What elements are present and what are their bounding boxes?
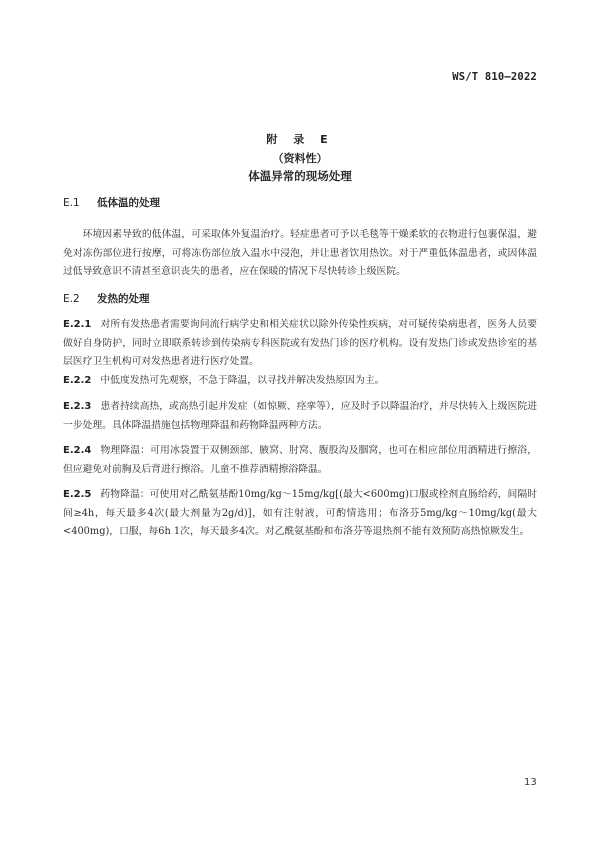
clause-text: 患者持续高热，或高热引起并发症（如惊厥、痉挛等），应及时予以降温治疗，并尽快转入…: [63, 401, 537, 431]
clause-number: E.2.1: [63, 319, 91, 330]
clause-e2-5: E.2.5药物降温：可使用对乙酰氨基酚10mg/kg～15mg/kg[(最大<6…: [63, 486, 537, 542]
annex-title: 附 录 E: [0, 131, 600, 147]
section-number: E.2: [63, 293, 97, 305]
annex-nature: （资料性）: [0, 150, 600, 166]
section-number: E.1: [63, 197, 97, 209]
clause-number: E.2.3: [63, 401, 91, 412]
page-number: 13: [524, 777, 537, 788]
annex-name: 体温异常的现场处理: [0, 168, 600, 184]
section-title: 发热的处理: [97, 293, 150, 305]
clause-e2-2: E.2.2中低度发热可先观察，不急于降温，以寻找并解决发热原因为主。: [63, 372, 537, 391]
clause-text: 中低度发热可先观察，不急于降温，以寻找并解决发热原因为主。: [100, 375, 384, 386]
section-e1-paragraph: 环境因素导致的低体温，可采取体外复温治疗。轻症患者可予以毛毯等干燥柔软的衣物进行…: [63, 226, 537, 282]
clause-text: 对所有发热患者需要询问流行病学史和相关症状以除外传染性疾病，对可疑传染病患者，医…: [63, 319, 537, 367]
standard-code: WS/T 810—2022: [452, 71, 537, 83]
clause-number: E.2.4: [63, 445, 91, 456]
clause-e2-3: E.2.3患者持续高热，或高热引起并发症（如惊厥、痉挛等），应及时予以降温治疗，…: [63, 398, 537, 435]
section-heading-e2: E.2发热的处理: [63, 291, 150, 306]
clause-e2-4: E.2.4物理降温：可用冰袋置于双侧颈部、腋窝、肘窝、腹股沟及腘窝，也可在相应部…: [63, 442, 537, 479]
clause-number: E.2.2: [63, 375, 91, 386]
clause-text: 药物降温：可使用对乙酰氨基酚10mg/kg～15mg/kg[(最大<600mg)…: [63, 489, 537, 537]
clause-number: E.2.5: [63, 489, 91, 500]
clause-text: 物理降温：可用冰袋置于双侧颈部、腋窝、肘窝、腹股沟及腘窝，也可在相应部位用酒精进…: [63, 445, 537, 475]
section-title: 低体温的处理: [97, 197, 160, 209]
clause-e2-1: E.2.1对所有发热患者需要询问流行病学史和相关症状以除外传染性疾病，对可疑传染…: [63, 316, 537, 372]
section-heading-e1: E.1低体温的处理: [63, 195, 160, 210]
